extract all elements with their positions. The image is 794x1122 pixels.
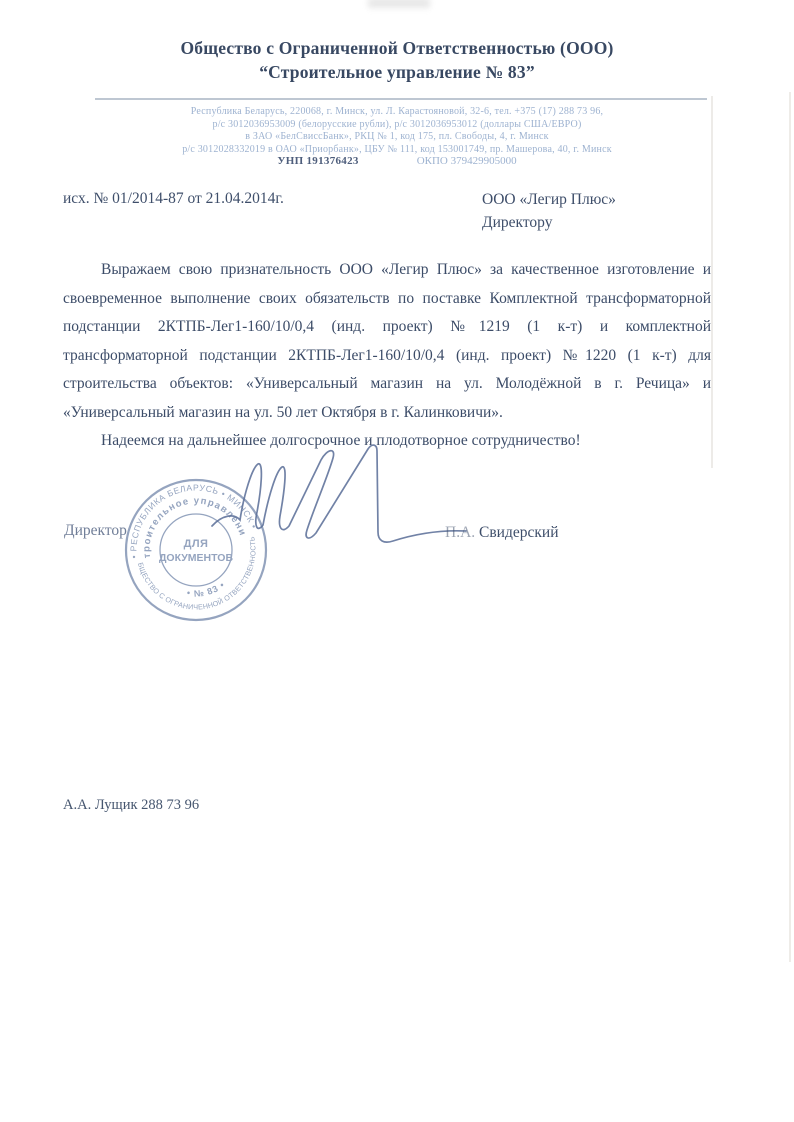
scan-artifact-edge-line (789, 92, 791, 962)
executor-contact: А.А. Лущик 288 73 96 (63, 797, 199, 814)
company-title-line2: “Строительное управление № 83” (0, 60, 794, 84)
letter-body: Выражаем свою признательность ООО «Легир… (63, 256, 711, 456)
addressee-company: ООО «Легир Плюс» (482, 189, 616, 212)
letter-page: Общество с Ограниченной Ответственностью… (0, 0, 794, 1122)
signature-stroke (212, 445, 466, 542)
unp-number: УНП 191376423 (277, 155, 358, 167)
letterhead-block: Республика Беларусь, 220068, г. Минск, у… (0, 106, 794, 156)
signer-initials: П.А. (445, 524, 475, 541)
addressee-block: ООО «Легир Плюс» Директору (482, 189, 616, 234)
letterhead-address: Республика Беларусь, 220068, г. Минск, у… (0, 106, 794, 119)
letterhead-bank1: в ЗАО «БелСвиссБанк», РКЦ № 1, код 175, … (0, 131, 794, 144)
stamp-center-line1: ДЛЯ (184, 538, 209, 550)
signer-name: П.А. Свидерский (445, 524, 558, 542)
handwritten-signature (208, 436, 480, 558)
company-title-line1: Общество с Ограниченной Ответственностью… (0, 36, 794, 60)
signer-surname: Свидерский (479, 524, 558, 541)
scan-artifact-smudge (368, 0, 430, 8)
body-paragraph-1: Выражаем свою признательность ООО «Легир… (63, 256, 711, 427)
addressee-position: Директору (482, 212, 616, 235)
company-title: Общество с Ограниченной Ответственностью… (0, 36, 794, 84)
header-divider (95, 98, 707, 100)
outgoing-reference: исх. № 01/2014-87 от 21.04.2014г. (63, 190, 284, 208)
okpo-number: ОКПО 379429905000 (417, 155, 517, 167)
letterhead-accounts: р/с 3012036953009 (белорусские рубли), р… (0, 119, 794, 132)
registration-row: УНП 191376423 ОКПО 379429905000 (0, 155, 794, 167)
